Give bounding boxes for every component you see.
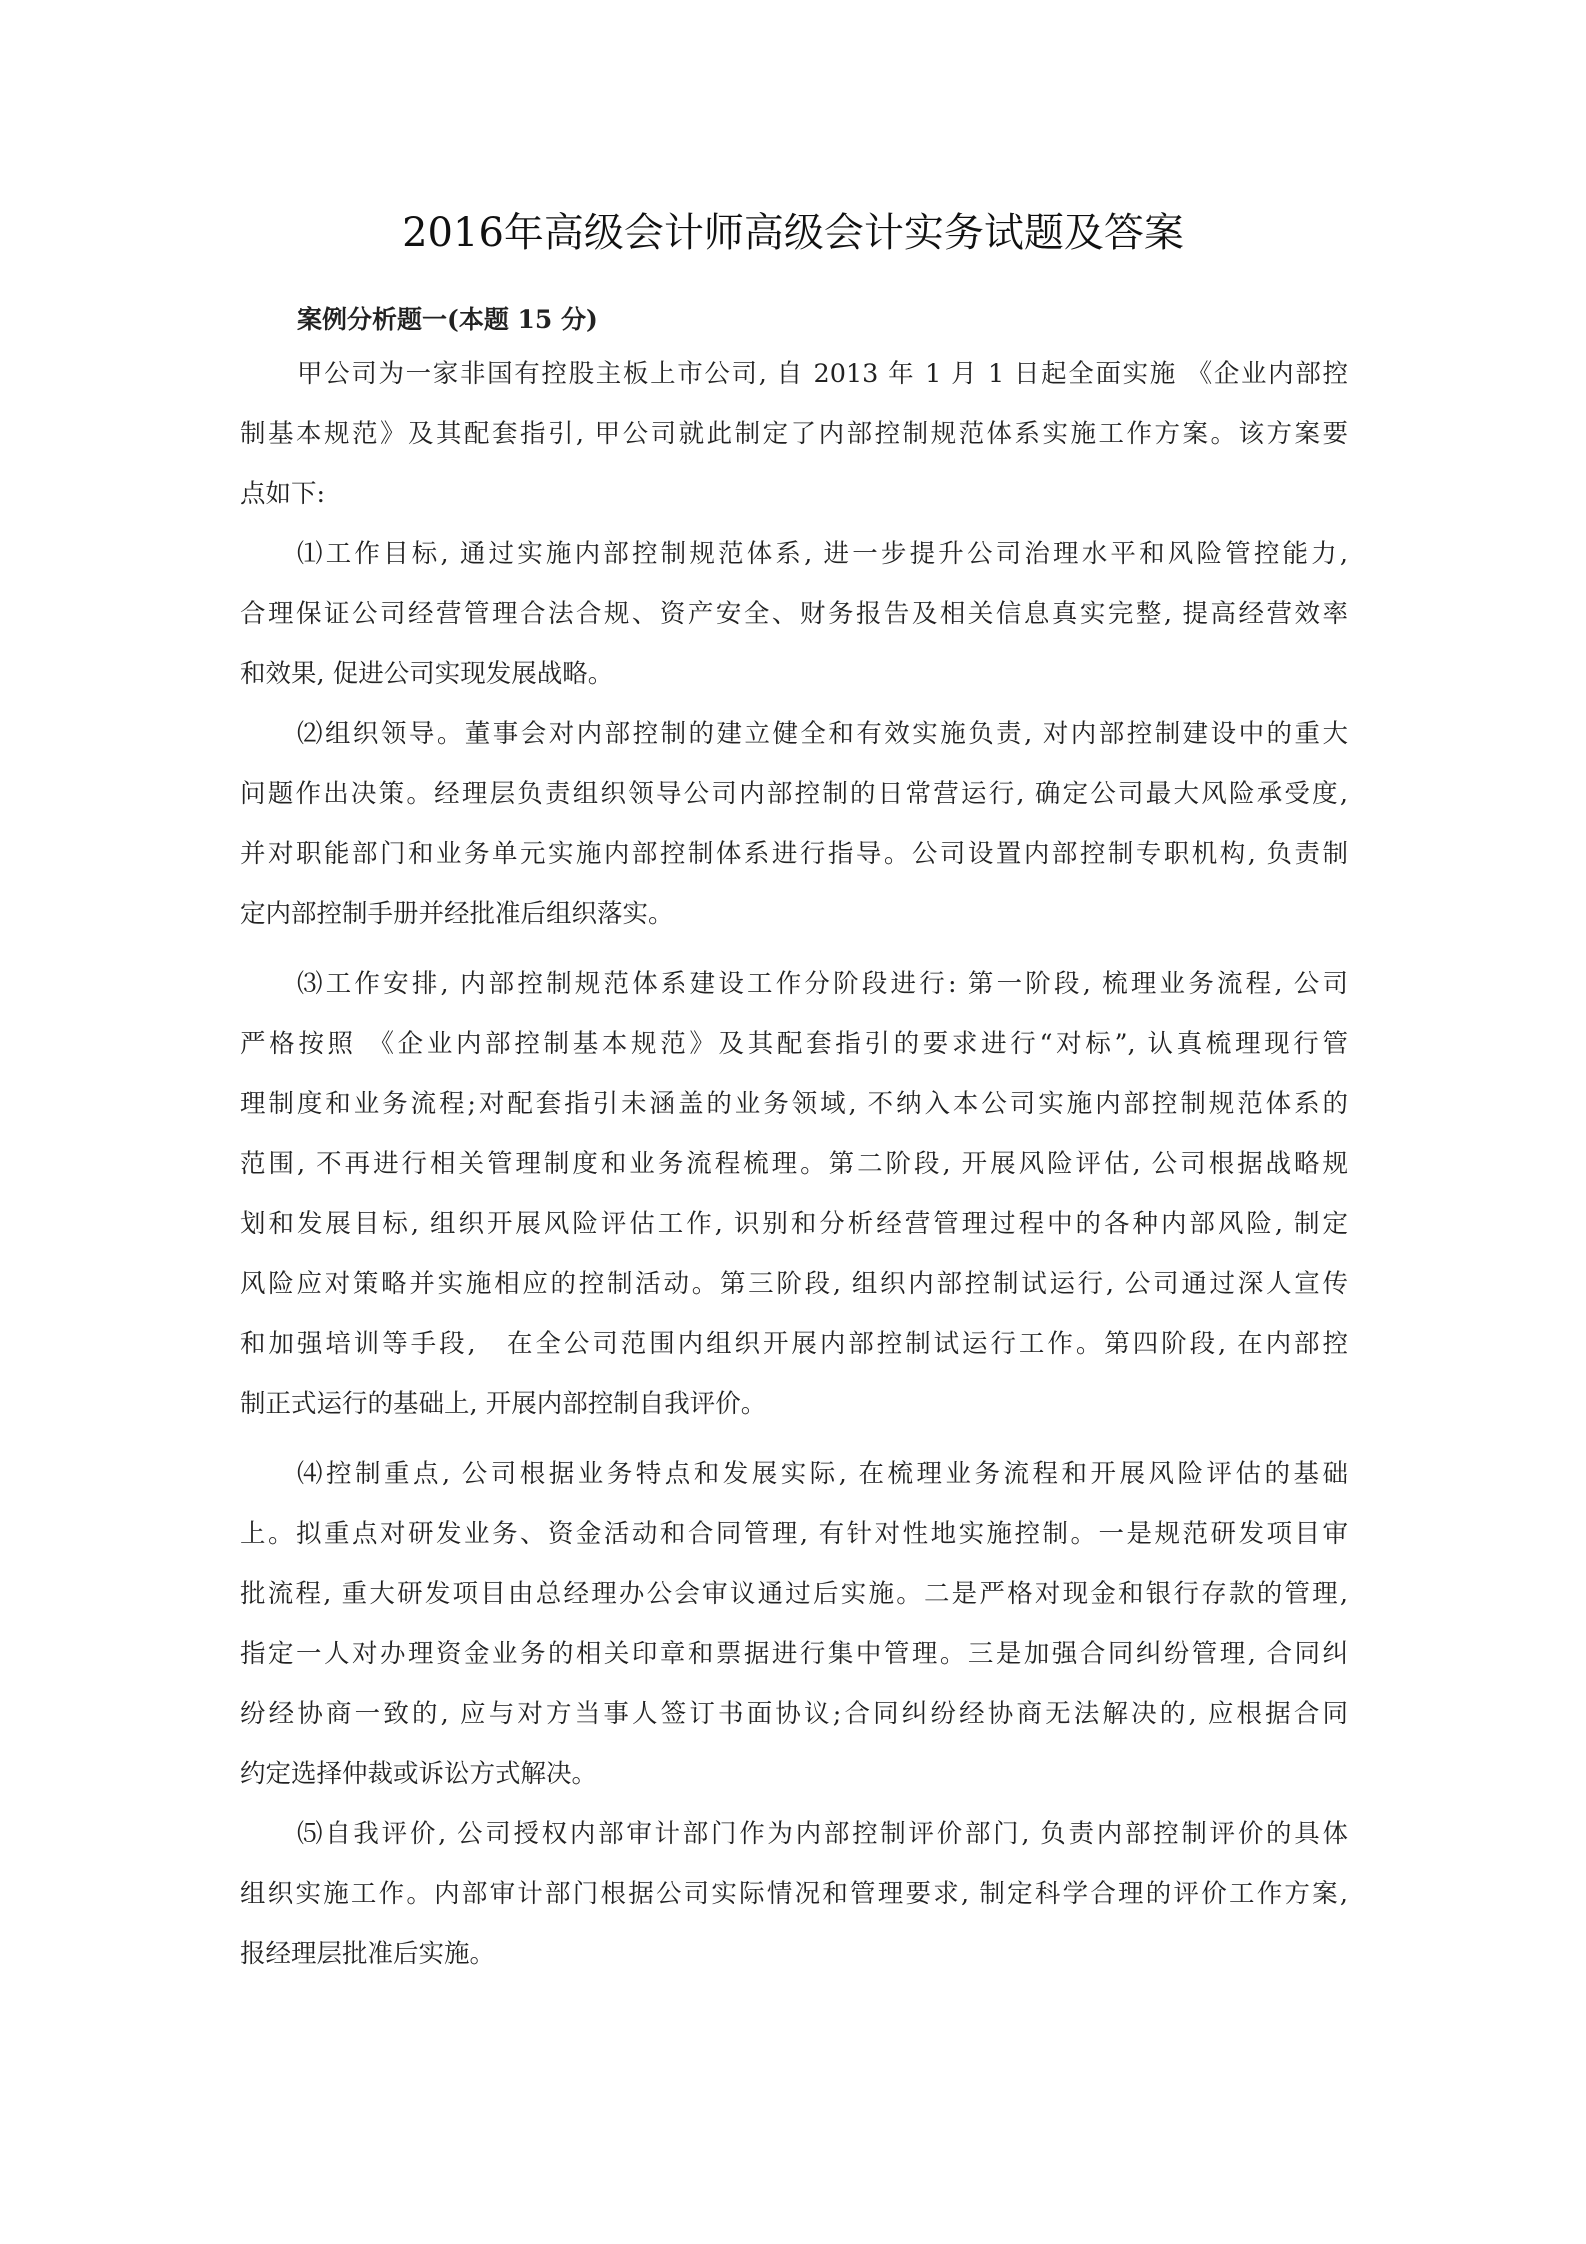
paragraph-intro-line-2: 制基本规范》及其配套指引, 甲公司就此制定了内部控制规范体系实施工作方案。该方案… (240, 416, 1348, 452)
paragraph-item-2-line-2: 问题作出决策。经理层负责组织领导公司内部控制的日常营运行, 确定公司最大风险承受… (240, 776, 1348, 812)
paragraph-item-3-line-8: 制正式运行的基础上, 开展内部控制自我评价。 (240, 1386, 1348, 1422)
paragraph-item-3-line-4: 范围, 不再进行相关管理制度和业务流程梳理。第二阶段, 开展风险评估, 公司根据… (240, 1146, 1348, 1182)
paragraph-item-2-line-3: 并对职能部门和业务单元实施内部控制体系进行指导。公司设置内部控制专职机构, 负责… (240, 836, 1348, 872)
paragraph-item-5-line-3: 报经理层批准后实施。 (240, 1936, 1348, 1972)
paragraph-item-1-line-1: ⑴工作目标, 通过实施内部控制规范体系, 进一步提升公司治理水平和风险管控能力, (297, 536, 1348, 572)
section-heading: 案例分析题一(本题 15 分) (297, 302, 598, 338)
paragraph-item-4-line-4: 指定一人对办理资金业务的相关印章和票据进行集中管理。三是加强合同纠纷管理, 合同… (240, 1636, 1348, 1672)
paragraph-item-2-line-4: 定内部控制手册并经批准后组织落实。 (240, 896, 1348, 932)
paragraph-item-4-line-5: 纷经协商一致的, 应与对方当事人签订书面协议;合同纠纷经协商无法解决的, 应根据… (240, 1696, 1348, 1732)
paragraph-item-4-line-1: ⑷控制重点, 公司根据业务特点和发展实际, 在梳理业务流程和开展风险评估的基础 (297, 1456, 1348, 1492)
document-page: 2016年高级会计师高级会计实务试题及答案 案例分析题一(本题 15 分) 甲公… (0, 0, 1586, 2244)
paragraph-item-3-line-5: 划和发展目标, 组织开展风险评估工作, 识别和分析经营管理过程中的各种内部风险,… (240, 1206, 1348, 1242)
paragraph-item-3-line-1: ⑶工作安排, 内部控制规范体系建设工作分阶段进行: 第一阶段, 梳理业务流程, … (297, 966, 1348, 1002)
paragraph-item-4-line-3: 批流程, 重大研发项目由总经理办公会审议通过后实施。二是严格对现金和银行存款的管… (240, 1576, 1348, 1612)
paragraph-item-3-line-6: 风险应对策略并实施相应的控制活动。第三阶段, 组织内部控制试运行, 公司通过深人… (240, 1266, 1348, 1302)
paragraph-item-3-line-3: 理制度和业务流程;对配套指引未涵盖的业务领域, 不纳入本公司实施内部控制规范体系… (240, 1086, 1348, 1122)
paragraph-item-1-line-3: 和效果, 促进公司实现发展战略。 (240, 656, 1348, 692)
paragraph-item-5-line-1: ⑸自我评价, 公司授权内部审计部门作为内部控制评价部门, 负责内部控制评价的具体 (297, 1816, 1348, 1852)
paragraph-intro-line-3: 点如下: (240, 476, 1348, 512)
paragraph-item-4-line-6: 约定选择仲裁或诉讼方式解决。 (240, 1756, 1348, 1792)
paragraph-item-1-line-2: 合理保证公司经营管理合法合规、资产安全、财务报告及相关信息真实完整, 提高经营效… (240, 596, 1348, 632)
paragraph-item-5-line-2: 组织实施工作。内部审计部门根据公司实际情况和管理要求, 制定科学合理的评价工作方… (240, 1876, 1348, 1912)
paragraph-intro-line-1: 甲公司为一家非国有控股主板上市公司, 自 2013 年 1 月 1 日起全面实施… (297, 356, 1348, 392)
document-title: 2016年高级会计师高级会计实务试题及答案 (0, 205, 1586, 261)
paragraph-item-3-line-2: 严格按照 《企业内部控制基本规范》及其配套指引的要求进行“对标”, 认真梳理现行… (240, 1026, 1348, 1062)
paragraph-item-2-line-1: ⑵组织领导。董事会对内部控制的建立健全和有效实施负责, 对内部控制建设中的重大 (297, 716, 1348, 752)
paragraph-item-3-line-7: 和加强培训等手段, 在全公司范围内组织开展内部控制试运行工作。第四阶段, 在内部… (240, 1326, 1348, 1362)
paragraph-item-4-line-2: 上。拟重点对研发业务、资金活动和合同管理, 有针对性地实施控制。一是规范研发项目… (240, 1516, 1348, 1552)
